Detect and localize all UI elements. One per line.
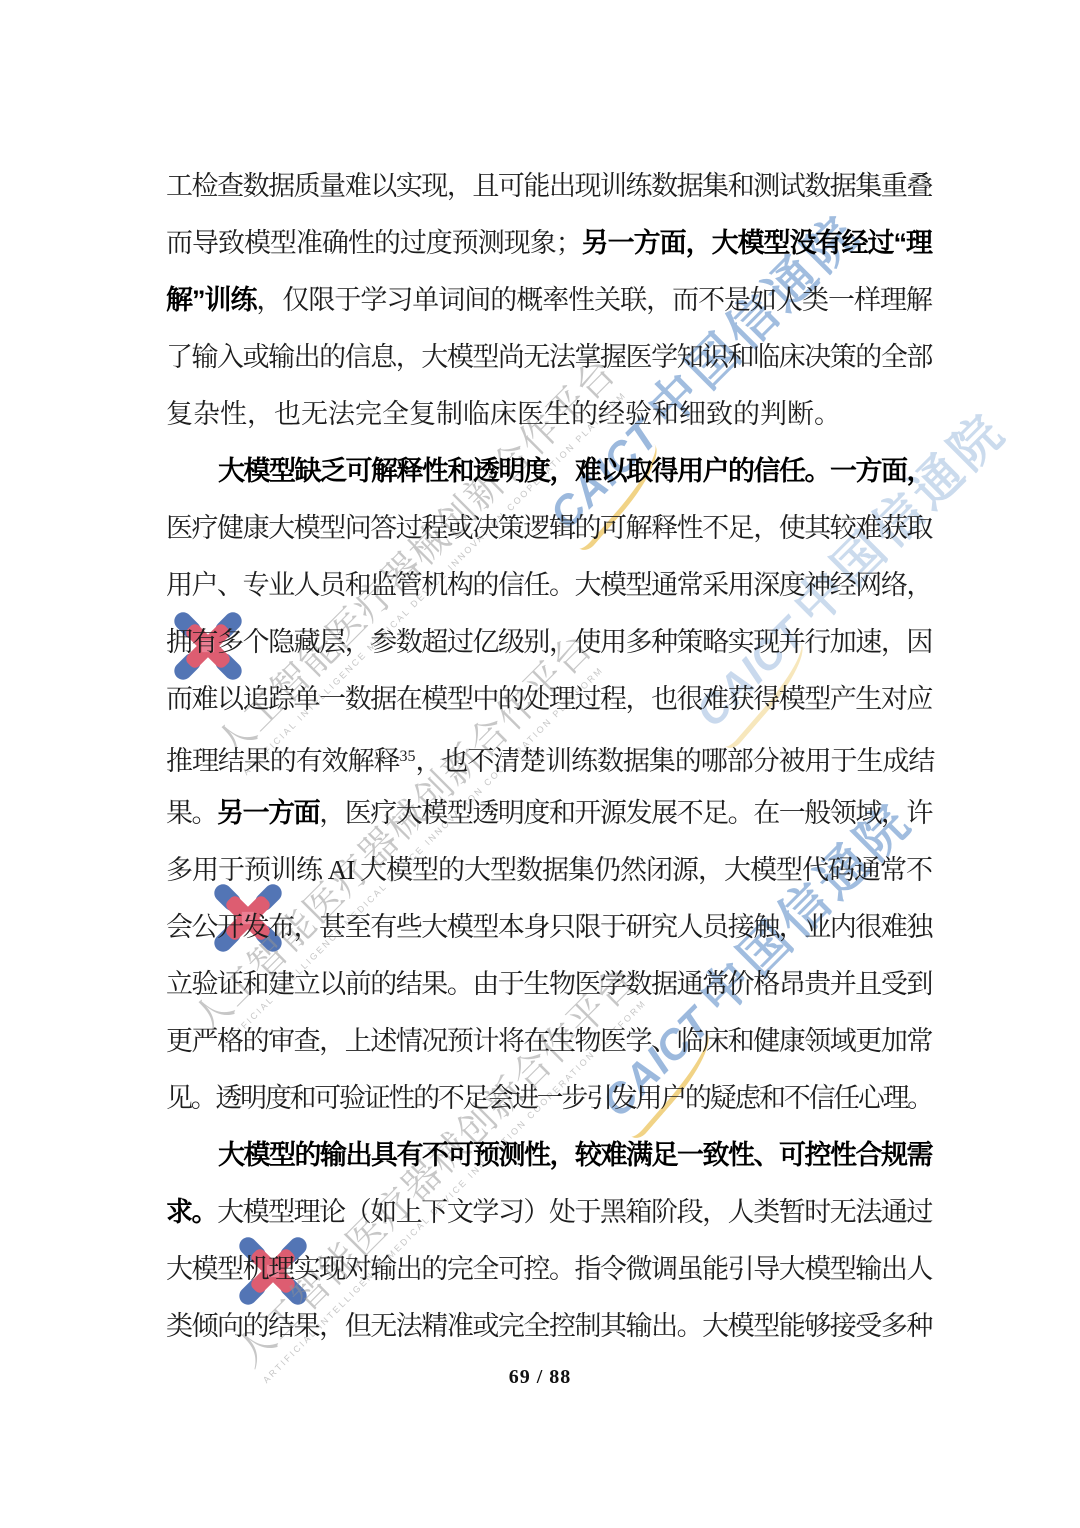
text-segment: 推理结果的有效解释 [166,746,399,776]
text-line: 解”训练，仅限于学习单词间的概率性关联，而不是如人类一样理解 [166,272,932,329]
text-line: 大模型的输出具有不可预测性，较难满足一致性、可控性合规需 [166,1127,932,1184]
doc-lines: 工检查数据质量难以实现，且可能出现训练数据集和测试数据集重叠而导致模型准确性的过… [166,158,932,1355]
text-line: 医疗健康大模型问答过程或决策逻辑的可解释性不足，使其较难获取 [166,500,932,557]
text-line: 了输入或输出的信息，大模型尚无法掌握医学知识和临床决策的全部 [166,329,932,386]
text-line: 大模型缺乏可解释性和透明度，难以取得用户的信任。一方面， [166,443,932,500]
footnote-ref: 35 [399,748,415,765]
text-line: 果。另一方面，医疗大模型透明度和开源发展不足。在一般领域，许 [166,785,932,842]
text-line: 推理结果的有效解释35，也不清楚训练数据集的哪部分被用于生成结 [166,728,932,785]
text-line: 更严格的审查，上述情况预计将在生物医学、临床和健康领域更加常 [166,1013,932,1070]
text-line: 类倾向的结果，但无法精准或完全控制其输出。大模型能够接受多种 [166,1298,932,1355]
text-segment: 立验证和建立以前的结果。由于生物医学数据通常价格昂贵并且受到 [166,969,932,999]
text-segment: 类倾向的结果，但无法精准或完全控制其输出。大模型能够接受多种 [166,1311,932,1341]
text-line: 拥有多个隐藏层，参数超过亿级别，使用多种策略实现并行加速，因 [166,614,932,671]
page-number: 69 / 88 [509,1366,572,1388]
text-segment: 更严格的审查，上述情况预计将在生物医学、临床和健康领域更加常 [166,1026,932,1056]
text-segment: 医疗健康大模型问答过程或决策逻辑的可解释性不足，使其较难获取 [166,513,932,543]
document-page: 人工智能医疗器械创新合作平台 ARTIFICIAL INTELLIGENCE M… [0,0,1080,1528]
text-segment: ，医疗大模型透明度和开源发展不足。在一般领域，许 [319,798,932,828]
bold-text-segment: 另一方面 [217,798,319,828]
text-segment: 拥有多个隐藏层，参数超过亿级别，使用多种策略实现并行加速，因 [166,627,932,657]
text-segment: 复杂性，也无法完全复制临床医生的经验和细致的判断。 [166,399,841,429]
text-segment: ，也不清楚训练数据集的哪部分被用于生成结 [415,746,934,776]
text-line: 复杂性，也无法完全复制临床医生的经验和细致的判断。 [166,386,932,443]
text-line: 求。大模型理论（如上下文学习）处于黑箱阶段，人类暂时无法通过 [166,1184,932,1241]
text-line: 立验证和建立以前的结果。由于生物医学数据通常价格昂贵并且受到 [166,956,932,1013]
text-line: 而难以追踪单一数据在模型中的处理过程，也很难获得模型产生对应 [166,671,932,728]
text-line: 而导致模型准确性的过度预测现象；另一方面，大模型没有经过“理 [166,215,932,272]
text-segment: 工检查数据质量难以实现，且可能出现训练数据集和测试数据集重叠 [166,171,932,201]
text-segment: 而难以追踪单一数据在模型中的处理过程，也很难获得模型产生对应 [166,684,932,714]
bold-text-segment: 大模型缺乏可解释性和透明度，难以取得用户的信任。一方面， [218,456,932,486]
bold-text-segment: 求。 [166,1197,217,1227]
text-line: 工检查数据质量难以实现，且可能出现训练数据集和测试数据集重叠 [166,158,932,215]
bold-text-segment: 解”训练 [166,285,256,315]
text-segment: 见。透明度和可验证性的不足会进一步引发用户的疑虑和不信任心理。 [166,1083,932,1113]
text-segment: 了输入或输出的信息，大模型尚无法掌握医学知识和临床决策的全部 [166,342,932,372]
text-segment: 大模型机理实现对输出的完全可控。指令微调虽能引导大模型输出人 [166,1254,932,1284]
text-line: 会公开发布，甚至有些大模型本身只限于研究人员接触，业内很难独 [166,899,932,956]
text-line: 大模型机理实现对输出的完全可控。指令微调虽能引导大模型输出人 [166,1241,932,1298]
text-line: 用户、专业人员和监管机构的信任。大模型通常采用深度神经网络， [166,557,932,614]
text-line: 多用于预训练 AI 大模型的大型数据集仍然闭源，大模型代码通常不 [166,842,932,899]
text-line: 见。透明度和可验证性的不足会进一步引发用户的疑虑和不信任心理。 [166,1070,932,1127]
page-footer: 69 / 88 [0,1366,1080,1389]
text-segment: 大模型理论（如上下文学习）处于黑箱阶段，人类暂时无法通过 [217,1197,932,1227]
text-segment: 用户、专业人员和监管机构的信任。大模型通常采用深度神经网络， [166,570,932,600]
text-segment: 而导致模型准确性的过度预测现象； [166,228,582,258]
text-segment: 多用于预训练 AI 大模型的大型数据集仍然闭源，大模型代码通常不 [166,855,932,885]
text-segment: 会公开发布，甚至有些大模型本身只限于研究人员接触，业内很难独 [166,912,932,942]
bold-text-segment: 另一方面，大模型没有经过“理 [582,228,932,258]
text-segment: 果。 [166,798,217,828]
text-segment: ，仅限于学习单词间的概率性关联，而不是如人类一样理解 [256,285,931,315]
bold-text-segment: 大模型的输出具有不可预测性，较难满足一致性、可控性合规需 [218,1140,932,1170]
